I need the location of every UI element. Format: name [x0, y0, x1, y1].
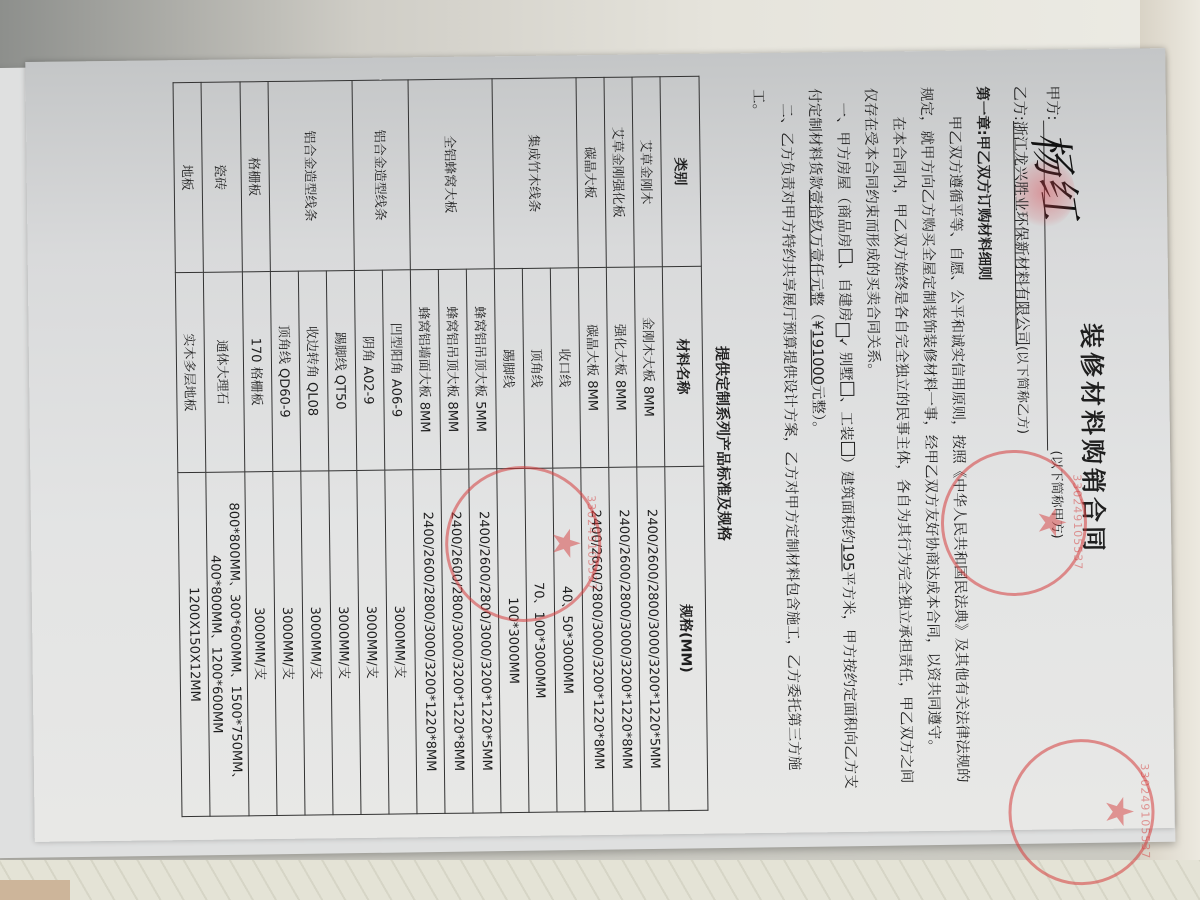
cell-category: 地板 [173, 82, 203, 272]
seal-star-icon: ★ [1100, 741, 1140, 881]
party-b-label: 乙方: [1011, 86, 1029, 121]
cell-category: 艾草金刚木 [632, 77, 662, 267]
cell-category: 全铝蜂窝大板 [408, 79, 494, 270]
amount-number: 191000 [809, 329, 826, 385]
clause-2: 二、乙方负责对甲方特约共享展厅预算提供设计方案，乙方对甲方定制材料包含施工，乙方… [744, 89, 809, 800]
cell-name: 收口线 [550, 268, 580, 468]
cell-spec: 3000MM/支 [385, 470, 417, 814]
clause-1-prefix: 一、甲方房屋（ [834, 102, 851, 204]
house-type-option: 工装 [838, 411, 855, 456]
spec-table: 类别 材料名称 规格(MM) 艾草金刚木金刚木大板 8MM2400/2600/2… [173, 76, 709, 817]
header-spec: 规格(MM) [665, 466, 708, 810]
cell-name: 通体大理石 [203, 272, 244, 472]
cell-name: 蜂窝铝墙面大板 8MM [410, 269, 440, 469]
cell-spec: 3000MM/支 [301, 471, 333, 815]
cell-category: 铝合金造型线条 [268, 81, 354, 272]
cell-spec: 2400/2600/2800/3000/3200*1220*5MM [637, 467, 669, 811]
contract-page: 装修材料购销合同 甲方:杨红(以下简称甲方) 乙方:浙江龙兴胜业环保新材料有限公… [25, 48, 1174, 842]
table-title: 提供定制系列产品标准及规格 [708, 53, 739, 833]
cell-name: 踢脚线 [494, 268, 524, 468]
empty-box-icon [839, 248, 853, 262]
cell-spec: 3000MM/支 [273, 471, 305, 815]
house-type-options: 商品房、自建房✓、别墅、工装 [835, 204, 854, 457]
cell-name: 蜂窝铝吊顶大板 5MM [466, 269, 496, 469]
cell-name: 实木多层地板 [175, 272, 205, 472]
house-type-option: 自建房✓ [836, 278, 853, 338]
party-b-note: (以下简称乙方) [1014, 346, 1030, 434]
amount-suffix: 元整）。 [809, 385, 826, 436]
cell-category: 集成竹木线条 [492, 78, 578, 269]
cell-name: 顶角线 QD60-9 [270, 271, 300, 471]
cell-spec: 3000MM/支 [329, 470, 361, 814]
header-category: 类别 [660, 76, 701, 266]
amount-prefix: （¥ [808, 306, 824, 330]
house-type-option: 商品房 [835, 204, 852, 264]
party-b-line: 乙方:浙江龙兴胜业环保新材料有限公司(以下简称乙方) [1010, 86, 1035, 434]
cell-name: 踢脚线 QT50 [326, 270, 356, 470]
cell-category: 格栅板 [240, 82, 270, 272]
area-label: ）建筑面积约 [838, 456, 855, 543]
party-b-company: 浙江龙兴胜业环保新材料有限公司 [1011, 121, 1032, 346]
cell-name: 收边转角 QL08 [298, 271, 328, 471]
cell-name: 阴角 A02-9 [354, 270, 384, 470]
cell-name: 金刚木大板 8MM [634, 267, 664, 467]
cell-name: 顶角线 [522, 268, 552, 468]
party-a-label: 甲方: [1044, 85, 1062, 120]
seal-star-icon: ★ [546, 468, 586, 618]
cell-name: 凹型阳角 A06-9 [382, 270, 412, 470]
header-material-name: 材料名称 [662, 266, 703, 466]
company-seal-corner: 330249105537 ★ [1008, 738, 1156, 886]
cell-name: 蜂窝铝吊顶大板 8MM [438, 269, 468, 469]
cell-spec: 2400/2600/2800/3000/3200*1220*8MM [413, 469, 445, 813]
cell-spec: 800*800MM、300*600MM、1500*750MM、400*800MM… [206, 472, 249, 816]
company-seal-top: 330249105537 ★ [940, 449, 1088, 597]
house-type-option: 别墅 [837, 352, 854, 397]
cell-category: 碳晶大板 [576, 77, 606, 267]
cell-category: 铝合金造型线条 [352, 80, 410, 271]
paragraph-independence: 在本合同内，甲乙双方始终是各自完全独立的民事主体，各自为其行为完全独立承担责任，… [856, 87, 921, 798]
area-value: 195 [839, 543, 855, 571]
cell-name: 强化大板 8MM [606, 267, 636, 467]
cell-spec: 2400/2600/2800/3000/3200*1220*8MM [609, 467, 641, 811]
cell-spec: 1200X150X12MM [178, 472, 210, 816]
cell-name: 170 格栅板 [242, 272, 272, 472]
company-seal-table: 330249105537 ★ [444, 465, 602, 623]
empty-box-icon [841, 441, 855, 455]
amount-words: 壹拾玖万壹仟元整 [807, 190, 824, 306]
clause-1: 一、甲方房屋（商品房、自建房✓、别墅、工装）建筑面积约195平方米，甲方按约定面… [800, 88, 865, 799]
empty-box-icon [840, 382, 854, 396]
cell-spec: 3000MM/支 [357, 470, 389, 814]
cell-category: 艾草金刚强化板 [604, 77, 634, 267]
checked-box-icon: ✓ [836, 322, 850, 336]
seal-star-icon: ★ [1032, 452, 1072, 592]
background-quilted-fabric [0, 860, 1200, 900]
cell-category: 瓷砖 [201, 82, 242, 272]
background-wood [0, 880, 70, 900]
paragraph-principles: 甲乙双方遵循平等、自愿、公平和诚实信用原则，按照《中华人民共和国民法典》及其他有… [912, 86, 977, 797]
cell-spec: 3000MM/支 [245, 471, 277, 815]
cell-name: 碳晶大板 8MM [578, 267, 608, 467]
